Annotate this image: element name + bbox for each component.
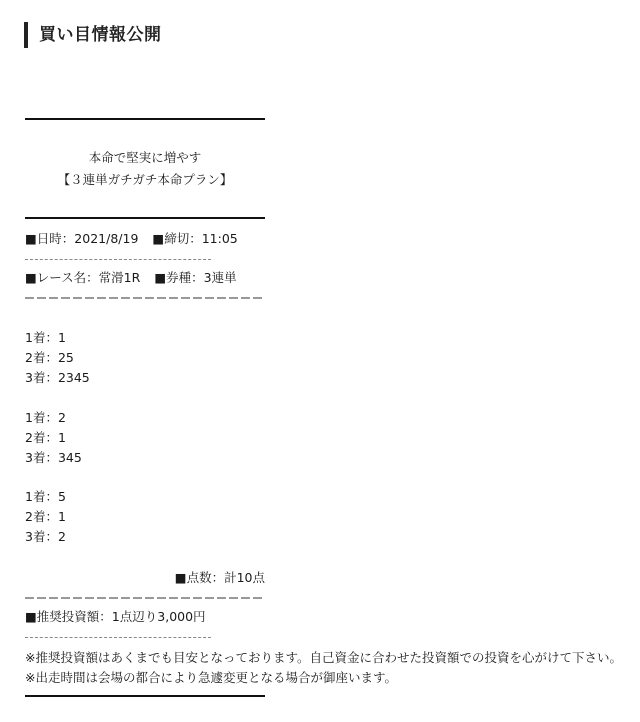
divider-long-dash	[25, 297, 265, 299]
note-investment: ※推奨投資額はあくまでも目安となっております。自己資金に合わせた投資額での投資を…	[25, 648, 622, 668]
date-label: ■日時：2021/8/19	[25, 231, 138, 246]
ticket-type-label: ■券種：3連単	[154, 270, 236, 285]
pick-1-third: 3着：2345	[25, 368, 90, 388]
date-deadline-row: ■日時：2021/8/19■締切：11:05	[25, 229, 238, 249]
pick-2-first: 1着：2	[25, 408, 66, 428]
pick-2-third: 3着：345	[25, 448, 82, 468]
pick-1-first: 1着：1	[25, 328, 66, 348]
race-ticket-row: ■レース名：常滑1R■券種：3連単	[25, 268, 237, 288]
divider-long-dash	[25, 597, 265, 599]
pick-1-second: 2着：25	[25, 348, 74, 368]
divider-dashed	[25, 637, 211, 638]
pick-3-first: 1着：5	[25, 487, 66, 507]
deadline-label: ■締切：11:05	[152, 231, 237, 246]
page-heading: 買い目情報公開	[24, 22, 162, 48]
divider-solid	[25, 217, 265, 219]
divider-solid	[25, 695, 265, 697]
plan-name: 【３連単ガチガチ本命プラン】	[25, 169, 265, 191]
pick-2-second: 2着：1	[25, 428, 66, 448]
plan-subtitle: 本命で堅実に増やす	[25, 147, 265, 169]
pick-3-second: 2着：1	[25, 507, 66, 527]
race-label: ■レース名：常滑1R	[25, 270, 140, 285]
points-total: ■点数：計10点	[25, 568, 265, 588]
note-schedule: ※出走時間は会場の都合により急遽変更となる場合が御座います。	[25, 668, 397, 688]
pick-3-third: 3着：2	[25, 527, 66, 547]
divider-solid	[25, 118, 265, 120]
divider-dashed	[25, 259, 211, 260]
recommended-bet: ■推奨投資額：1点辺り3,000円	[25, 607, 206, 627]
